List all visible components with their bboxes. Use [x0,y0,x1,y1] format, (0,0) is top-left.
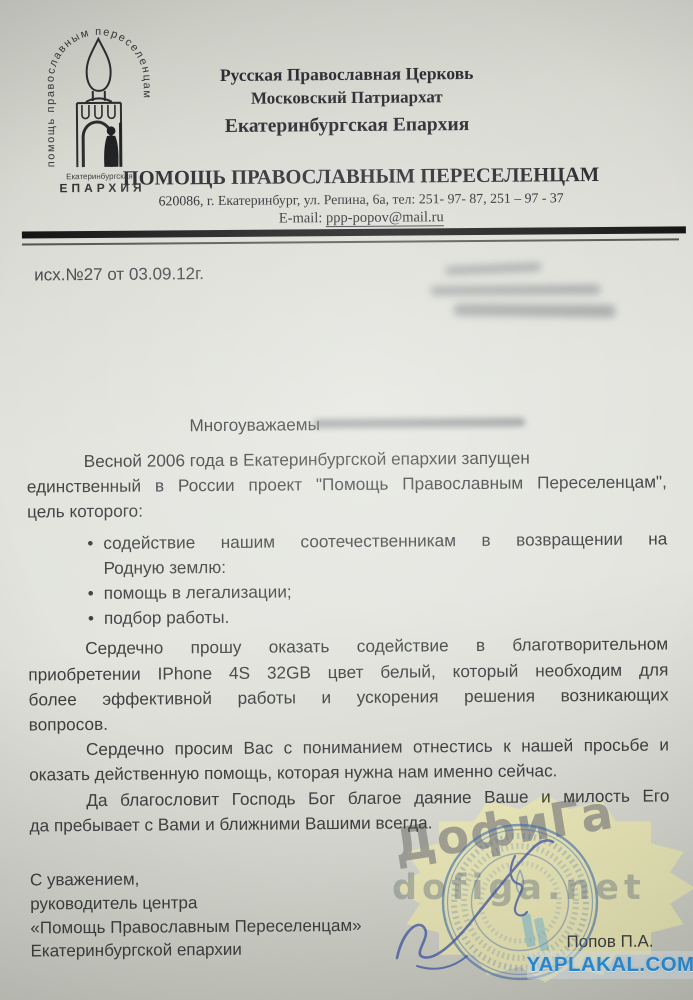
list-item: подбор работы. [28,602,668,632]
org-line-church: Русская Православная Церковь [132,62,562,86]
email-link[interactable]: ppp-popov@mail.ru [326,209,444,227]
org-header: Русская Православная Церковь Московский … [132,62,563,138]
body-line: более эффективной работы и ускорения реш… [28,682,668,712]
letter-photo: ДофиГа dofiga.net помощь православным пе… [0,0,693,1000]
body-line: цель которого: [27,495,667,525]
salutation: Многоуважаемы [189,414,320,436]
redacted-addressee-name [313,418,525,429]
paragraph-project: Весной 2006 года в Екатеринбургской епар… [27,444,668,525]
reference-number: исх.№27 от 03.09.12г. [34,264,204,285]
body-line: Да благословит Господь Бог благое даяние… [29,783,669,813]
goals-list: содействие нашим соотечественникам в воз… [27,526,668,632]
signature-line: Екатеринбургской епархии [30,937,361,963]
signature-block: С уважением, руководитель центра «Помощь… [30,866,362,964]
program-title: ПОМОЩЬ ПРАВОСЛАВНЫМ ПЕРЕСЕЛЕНЦАМ [37,163,684,191]
yaplakal-watermark: YAPLAKAL.COM [527,951,693,979]
letter-body: Весной 2006 года в Екатеринбургской епар… [27,444,670,838]
redacted-recipient-line [453,304,615,318]
header-rule-thin [22,238,679,245]
redacted-recipient-line [445,263,541,275]
monk-silhouette-icon [104,123,122,167]
redacted-recipient-line [430,285,600,295]
paragraph-appeal: Сердечно просим Вас с пониманием отнести… [29,733,669,788]
signature-line: С уважением, [30,866,361,892]
org-line-patriarchate: Московский Патриархат [132,86,562,109]
signature-line: руководитель центра [30,890,361,916]
body-line: содействие нашим соотечественникам в воз… [103,526,667,556]
signature-line: «Помощь Православным Переселенцам» [30,913,361,939]
paragraph-request: Сердечно прошу оказать содействие в благ… [28,632,669,738]
org-line-eparchy: Екатеринбургская Епархия [132,113,562,138]
list-item: содействие нашим соотечественникам в воз… [27,526,667,581]
program-header: ПОМОЩЬ ПРАВОСЛАВНЫМ ПЕРЕСЕЛЕНЦАМ 620086,… [37,163,684,229]
email-label: E-mail: [279,210,323,226]
